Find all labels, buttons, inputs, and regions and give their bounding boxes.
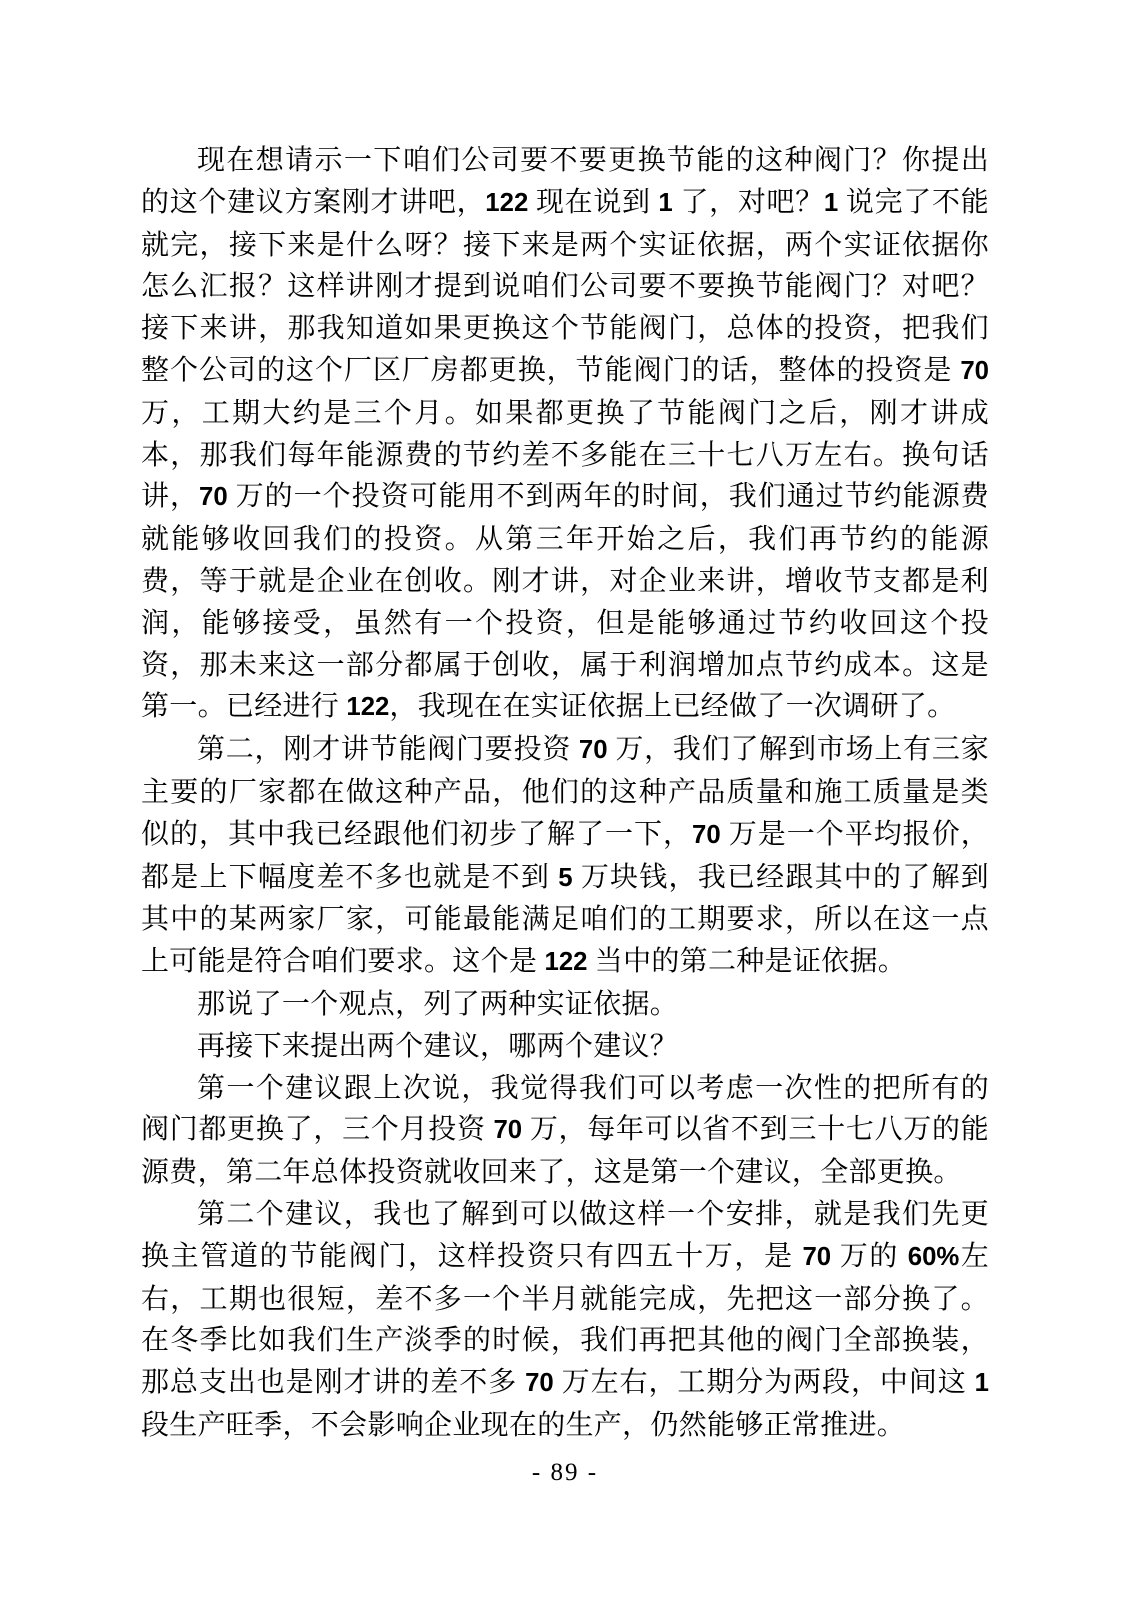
page-number: - 89 - (532, 1459, 598, 1486)
page-footer: - 89 - (141, 1458, 989, 1488)
paragraph-6: 第二个建议，我也了解到可以做这样一个安排，就是我们先更换主管道的节能阀门，这样投… (141, 1194, 989, 1447)
paragraph-4: 再接下来提出两个建议，哪两个建议？ (141, 1026, 989, 1068)
paragraph-5: 第一个建议跟上次说，我觉得我们可以考虑一次性的把所有的阀门都更换了，三个月投资 … (141, 1068, 989, 1194)
body-text: 现在想请示一下咱们公司要不要更换节能的这种阀门？你提出的这个建议方案刚才讲吧，1… (141, 140, 989, 1447)
document-page: 现在想请示一下咱们公司要不要更换节能的这种阀门？你提出的这个建议方案刚才讲吧，1… (0, 0, 1131, 1600)
paragraph-2: 第二，刚才讲节能阀门要投资 70 万，我们了解到市场上有三家主要的厂家都在做这种… (141, 729, 989, 984)
paragraph-1: 现在想请示一下咱们公司要不要更换节能的这种阀门？你提出的这个建议方案刚才讲吧，1… (141, 140, 989, 729)
paragraph-3: 那说了一个观点，列了两种实证依据。 (141, 984, 989, 1026)
